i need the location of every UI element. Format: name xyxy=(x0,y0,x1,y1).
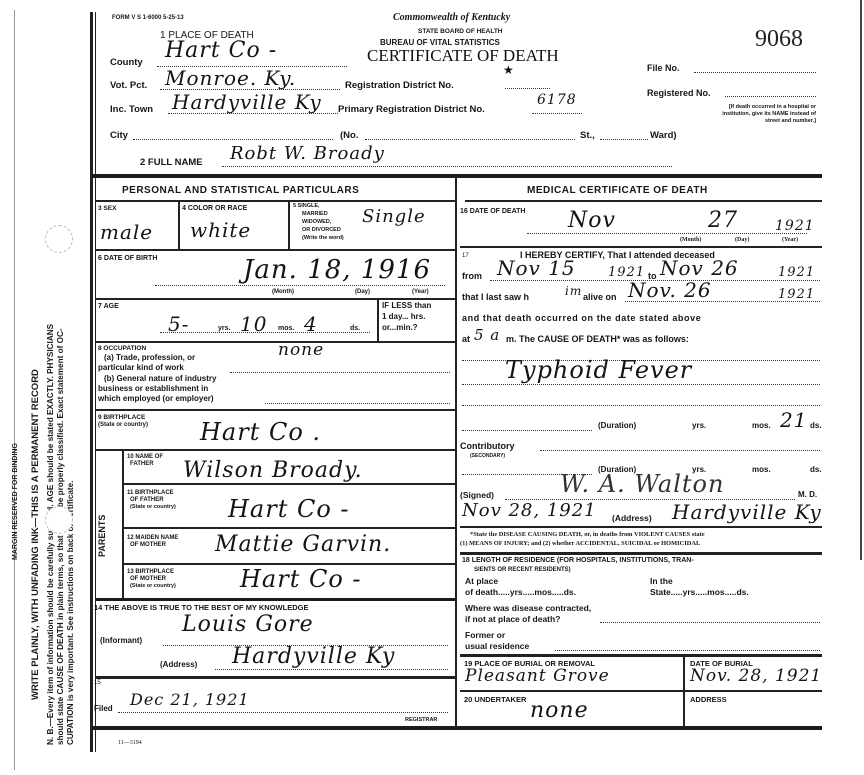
rule-after-father-name xyxy=(123,483,455,485)
age-label: 7 AGE xyxy=(98,303,119,310)
age-months-label: mos. xyxy=(278,325,294,332)
in-state-label-2: State.....yrs.....mos.....ds. xyxy=(650,587,749,597)
vot-pct-value[interactable]: Monroe. Ky. xyxy=(165,66,296,90)
rule-after-informant xyxy=(96,676,455,679)
duration-field-line xyxy=(462,430,592,431)
st-label: St., xyxy=(580,130,595,141)
full-name-field-line xyxy=(222,166,672,167)
rule-after-occupation xyxy=(96,409,455,411)
registrar-label: REGISTRAR xyxy=(405,717,437,723)
mother-birthplace-label-2: OF MOTHER xyxy=(130,576,166,582)
header-bottom-rule xyxy=(92,174,822,178)
ward-label: Ward) xyxy=(650,130,677,141)
marital-label-1: 5 SINGLE, xyxy=(293,203,320,209)
filed-number: 15 xyxy=(94,680,101,686)
filed-field-line xyxy=(118,712,448,713)
former-residence-field[interactable] xyxy=(555,650,820,651)
filed-value[interactable]: Dec 21, 1921 xyxy=(130,690,250,709)
certify-number: 17 xyxy=(462,253,469,259)
occupation-a-line2: particular kind of work xyxy=(98,363,184,372)
undertaker-address-field[interactable] xyxy=(690,705,820,723)
rule-medical-title xyxy=(465,200,822,202)
vot-pct-label: Vot. Pct. xyxy=(110,80,147,91)
parents-divider xyxy=(122,450,124,598)
punch-hole-top xyxy=(45,225,73,253)
father-name-value[interactable]: Wilson Broady. xyxy=(183,458,363,483)
dod-month-label: (Month) xyxy=(680,237,701,243)
filed-label: Filed xyxy=(94,704,113,713)
dod-label: 16 DATE OF DEATH xyxy=(460,208,525,215)
dob-day-label: (Day) xyxy=(355,289,370,295)
last-saw-value[interactable]: Nov. 26 xyxy=(628,278,712,302)
race-value[interactable]: white xyxy=(190,218,251,242)
at-label: at xyxy=(462,334,470,344)
dob-label: 6 DATE OF BIRTH xyxy=(98,255,157,262)
rule-after-burial xyxy=(460,690,822,692)
street-no-field[interactable] xyxy=(365,139,575,140)
divider-sex-race xyxy=(178,201,180,249)
birthplace-label: 9 BIRTHPLACE xyxy=(98,414,145,421)
personal-section-title: PERSONAL AND STATISTICAL PARTICULARS xyxy=(122,185,359,196)
duration-yrs-label: yrs. xyxy=(692,421,706,430)
cause-of-death-value[interactable]: Typhoid Fever xyxy=(505,356,692,384)
at-place-label-1: At place xyxy=(465,576,498,586)
county-label: County xyxy=(110,57,143,68)
occupation-b-field[interactable] xyxy=(265,403,450,404)
mother-name-value[interactable]: Mattie Garvin. xyxy=(215,532,391,557)
column-divider xyxy=(455,178,457,726)
frame-right xyxy=(860,0,862,560)
race-label: 4 COLOR OR RACE xyxy=(182,205,247,212)
alive-on-label: alive on xyxy=(583,292,617,302)
physician-address-label: (Address) xyxy=(612,513,652,523)
marital-value[interactable]: Single xyxy=(362,206,426,227)
occurred-text: and that death occurred on the date stat… xyxy=(462,313,701,323)
form-number: 11—3194 xyxy=(118,740,142,746)
occupation-value[interactable]: none xyxy=(278,340,324,360)
md-label: M. D. xyxy=(798,490,817,499)
age-years-label: yrs. xyxy=(218,325,230,332)
dod-day[interactable]: 27 xyxy=(708,208,738,233)
form-code: FORM V S 1-6000 5-25-13 xyxy=(112,15,184,21)
if-less-line3: or...min.? xyxy=(382,323,418,332)
informant-address-field-line xyxy=(215,669,448,670)
last-saw-year[interactable]: 1921 xyxy=(778,287,815,302)
father-birthplace-label-1: 11 BIRTHPLACE xyxy=(127,490,174,496)
age-days-value[interactable]: 4 xyxy=(304,312,318,336)
footnote-line2: (1) MEANS OF INJURY; and (2) whether ACC… xyxy=(460,540,700,547)
dob-month-label: (Month) xyxy=(272,289,294,295)
former-residence-label-2: usual residence xyxy=(465,641,529,651)
star-icon: ★ xyxy=(503,63,514,77)
if-less-line2: 1 day... hrs. xyxy=(382,312,425,321)
registration-district-field[interactable] xyxy=(505,88,550,89)
contributory-label: Contributory xyxy=(460,441,515,451)
father-name-label-2: FATHER xyxy=(130,461,154,467)
dod-year[interactable]: 1921 xyxy=(775,218,815,234)
contracted-field[interactable] xyxy=(600,622,820,623)
father-birthplace-label-3: (State or country) xyxy=(130,504,176,510)
medical-section-title: MEDICAL CERTIFICATE OF DEATH xyxy=(527,185,708,196)
duration-label: (Duration) xyxy=(598,421,636,430)
rule-after-dod xyxy=(460,246,822,248)
at-time-value[interactable]: 5 a xyxy=(474,326,500,344)
dod-day-label: (Day) xyxy=(735,237,749,243)
occupation-b-line2: business or establishment in xyxy=(98,384,208,393)
father-birthplace-value[interactable]: Hart Co - xyxy=(228,495,350,523)
dob-value[interactable]: Jan. 18, 1916 xyxy=(243,255,431,285)
marital-label-4: OR DIVORCED xyxy=(302,227,341,233)
cause-text: m. The CAUSE OF DEATH* was as follows: xyxy=(506,334,689,344)
form-bottom-rule xyxy=(92,726,822,730)
frame-left-inner xyxy=(95,12,96,752)
former-residence-label-1: Former or xyxy=(465,630,505,640)
full-name-label: 2 FULL NAME xyxy=(140,157,203,168)
rule-after-footnote xyxy=(460,552,822,555)
marital-label-5: (Write the word) xyxy=(302,235,344,241)
file-no-field[interactable] xyxy=(694,72,816,73)
punch-hole-bottom xyxy=(45,506,73,534)
hospital-note: [If death occurred in a hospital or inst… xyxy=(712,104,816,125)
mother-birthplace-value[interactable]: Hart Co - xyxy=(240,565,362,593)
margin-instruction-line2: N. B.—Every item of information should b… xyxy=(46,324,55,745)
ward-field[interactable] xyxy=(600,139,648,140)
father-birthplace-label-2: OF FATHER xyxy=(130,497,164,503)
signed-date-value[interactable]: Nov 28, 1921 xyxy=(462,500,597,521)
divider-race-marital xyxy=(288,201,290,249)
board-title: STATE BOARD OF HEALTH xyxy=(418,28,503,35)
last-saw-label: that I last saw h xyxy=(462,292,529,302)
undertaker-address-label: ADDRESS xyxy=(690,695,727,704)
duration-ds-label: ds. xyxy=(810,421,822,430)
parents-label: PARENTS xyxy=(97,515,107,557)
contributory-ds-label: ds. xyxy=(810,465,822,474)
age-years-value[interactable]: 5- xyxy=(168,312,189,336)
marital-label-3: WIDOWED, xyxy=(302,219,331,225)
sex-label: 3 SEX xyxy=(98,205,116,212)
mother-name-label-2: OF MOTHER xyxy=(130,542,166,548)
rule-after-birthplace xyxy=(96,449,455,451)
signed-label: (Signed) xyxy=(460,490,494,500)
rule-after-age xyxy=(96,341,455,343)
physician-signature[interactable]: W. A. Walton xyxy=(560,470,724,498)
margin-reserved-text: MARGIN RESERVED FOR BINDING xyxy=(12,443,19,560)
dod-field-line xyxy=(527,233,807,234)
primary-district-value[interactable]: 6178 xyxy=(537,92,577,108)
undertaker-label: 20 UNDERTAKER xyxy=(464,695,526,704)
rule-after-dob xyxy=(96,298,455,300)
in-state-label-1: In the xyxy=(650,576,673,586)
dod-year-label: (Year) xyxy=(782,237,798,243)
rule-after-sex xyxy=(96,249,455,251)
informant-header: 14 THE ABOVE IS TRUE TO THE BEST OF MY K… xyxy=(94,603,308,612)
marital-label-2: MARRIED xyxy=(302,211,328,217)
last-saw-him[interactable]: im xyxy=(565,284,582,298)
occupation-a-line1: (a) Trade, profession, or xyxy=(104,353,195,362)
dob-year-label: (Year) xyxy=(412,289,429,295)
rule-after-signature xyxy=(460,526,822,528)
mother-name-label-1: 12 MAIDEN NAME xyxy=(127,535,178,541)
occupation-b-line1: (b) General nature of industry xyxy=(104,374,216,383)
physician-address-value[interactable]: Hardyville Ky xyxy=(672,500,822,524)
duration-days-value[interactable]: 21 xyxy=(780,408,807,432)
registered-no-label: Registered No. xyxy=(647,88,711,98)
to-year[interactable]: 1921 xyxy=(778,265,815,280)
age-days-label: ds. xyxy=(350,325,360,332)
father-name-label-1: 10 NAME OF xyxy=(127,454,163,460)
at-place-label-2: of death.....yrs.....mos.....ds. xyxy=(465,587,576,597)
no-label: (No. xyxy=(340,130,358,141)
certificate-title: CERTIFICATE OF DEATH xyxy=(367,46,559,66)
age-months-value[interactable]: 10 xyxy=(240,312,267,336)
to-value[interactable]: Nov 26 xyxy=(660,256,739,280)
occupation-label: 8 OCCUPATION xyxy=(98,345,146,352)
residence-label-1: 18 LENGTH OF RESIDENCE (FOR HOSPITALS, I… xyxy=(462,557,694,564)
secondary-label: (SECONDARY) xyxy=(470,453,505,459)
birthplace-value[interactable]: Hart Co . xyxy=(200,418,321,446)
contracted-label-2: if not at place of death? xyxy=(465,614,560,624)
informant-value[interactable]: Louis Gore xyxy=(182,612,314,637)
primary-district-label: Primary Registration District No. xyxy=(338,104,485,115)
rule-after-parents xyxy=(96,598,455,601)
frame-left xyxy=(90,12,93,752)
footnote-line1: *State the DISEASE CAUSING DEATH, or, in… xyxy=(470,531,705,538)
margin-instruction-line3: should state CAUSE OF DEATH in plain ter… xyxy=(56,328,65,745)
cause-line-2 xyxy=(462,384,820,385)
contributory-mos-label: mos. xyxy=(752,465,771,474)
undertaker-value[interactable]: none xyxy=(530,698,589,723)
registered-no-field[interactable] xyxy=(725,96,816,97)
birthplace-sublabel: (State or country) xyxy=(98,422,148,428)
contracted-label-1: Where was disease contracted, xyxy=(465,603,591,613)
residence-label-2: SIENTS OR RECENT RESIDENTS) xyxy=(474,567,571,573)
rule-after-residence xyxy=(460,654,822,657)
rule-after-father-birthplace xyxy=(123,527,455,529)
margin-instruction-line1: WRITE PLAINLY, WITH UNFADING INK—THIS IS… xyxy=(30,369,41,700)
rule-personal-title xyxy=(96,200,455,202)
mother-birthplace-label-3: (State or country) xyxy=(130,583,176,589)
county-value[interactable]: Hart Co - xyxy=(165,38,277,63)
divider-age-ifless xyxy=(377,299,379,341)
file-no-label: File No. xyxy=(647,63,680,73)
informant-address-value[interactable]: Hardyville Ky xyxy=(232,644,395,669)
burial-date-value[interactable]: Nov. 28, 1921 xyxy=(690,666,822,686)
burial-place-value[interactable]: Pleasant Grove xyxy=(465,666,610,686)
duration-mos-label: mos. xyxy=(752,421,771,430)
city-label: City xyxy=(110,130,128,141)
if-less-line1: IF LESS than xyxy=(382,301,431,310)
commonwealth-title: Commonwealth of Kentucky xyxy=(393,12,510,23)
full-name-value[interactable]: Robt W. Broady xyxy=(230,143,385,164)
binding-margin-line xyxy=(14,10,15,770)
inc-town-value[interactable]: Hardyville Ky xyxy=(172,90,322,114)
contributory-field[interactable] xyxy=(540,450,820,451)
cause-line-3 xyxy=(462,405,820,406)
occupation-a-field-line xyxy=(230,372,450,373)
dob-field-line xyxy=(155,285,445,286)
sex-value[interactable]: male xyxy=(100,220,153,244)
dod-month[interactable]: Nov xyxy=(568,208,616,233)
from-value[interactable]: Nov 15 xyxy=(497,256,576,280)
occupation-b-line3: which employed (or employer) xyxy=(98,394,214,403)
registration-district-label: Registration District No. xyxy=(345,80,454,91)
informant-label: (Informant) xyxy=(100,636,142,645)
informant-address-label: (Address) xyxy=(160,660,197,669)
inc-town-label: Inc. Town xyxy=(110,104,153,115)
mother-birthplace-label-1: 13 BIRTHPLACE xyxy=(127,569,174,575)
city-field[interactable] xyxy=(133,139,333,140)
certificate-number: 9068 xyxy=(755,26,803,53)
primary-district-field-line xyxy=(532,113,582,114)
from-label: from xyxy=(462,271,482,281)
